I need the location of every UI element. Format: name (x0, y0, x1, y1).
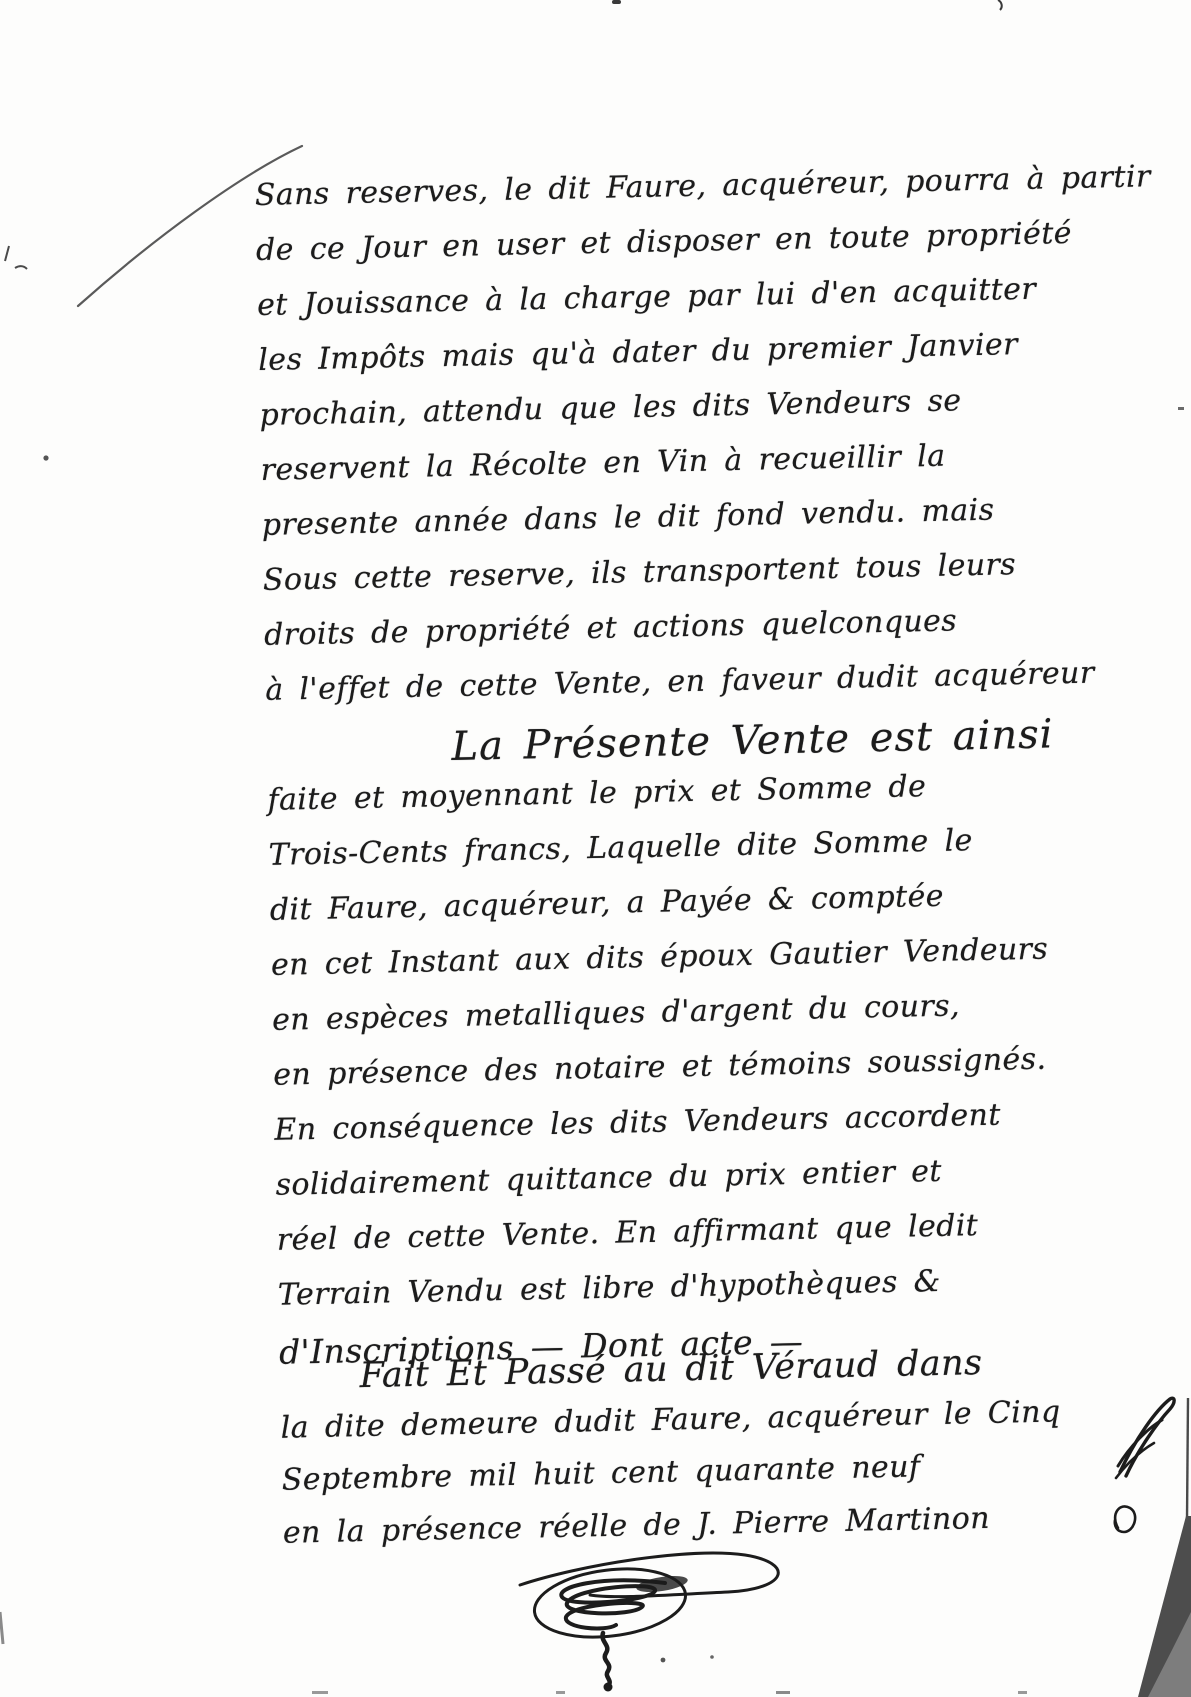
manuscript-line: faite et moyennant le prix et Somme de (267, 769, 926, 818)
manuscript-line: presente année dans le dit fond vendu. m… (261, 493, 994, 543)
manuscript-line: les Impôts mais qu'à dater du premier Ja… (258, 327, 1018, 378)
ink-speck (556, 1691, 565, 1694)
manuscript-text: Sans reserves, le dit Faure, acquéreur, … (251, 0, 1146, 1697)
manuscript-line: prochain, attendu que les dits Vendeurs … (259, 383, 962, 433)
ink-speck (1018, 1691, 1027, 1694)
ink-speck (5, 246, 9, 261)
manuscript-line: dit Faure, acquéreur, a Payée & comptée (270, 879, 945, 928)
ink-speck (15, 266, 27, 269)
manuscript-line: en cet Instant aux dits époux Gautier Ve… (271, 932, 1049, 983)
manuscript-line: en espèces metalliques d'argent du cours… (272, 988, 960, 1037)
ink-speck (776, 1691, 790, 1694)
document-page: Sans reserves, le dit Faure, acquéreur, … (0, 0, 1191, 1697)
manuscript-line: reservent la Récolte en Vin à recueillir… (260, 439, 945, 488)
manuscript-line: en la présence réelle de J. Pierre Marti… (283, 1500, 991, 1550)
manuscript-line: En conséquence les dits Vendeurs accorde… (274, 1098, 1001, 1148)
ink-speck (0, 1612, 3, 1644)
manuscript-line: Trois-Cents francs, Laquelle dite Somme … (268, 823, 973, 873)
manuscript-line: Terrain Vendu est libre d'hypothèques & (278, 1264, 941, 1313)
manuscript-line: la dite demeure dudit Faure, acquéreur l… (280, 1394, 1061, 1445)
page-edge-line (1187, 1398, 1188, 1520)
ink-speck (1178, 407, 1184, 410)
manuscript-line: réel de cette Vente. En affirmant que le… (276, 1208, 978, 1258)
manuscript-line: de ce Jour en user et disposer en toute … (256, 216, 1073, 268)
manuscript-line: solidairement quittance du prix entier e… (275, 1154, 942, 1203)
manuscript-line: en présence des notaire et témoins souss… (273, 1042, 1047, 1093)
manuscript-line: Septembre mil huit cent quarante neuf (281, 1449, 920, 1497)
manuscript-line: droits de propriété et actions quelconqu… (264, 603, 958, 653)
manuscript-line: Sans reserves, le dit Faure, acquéreur, … (255, 159, 1151, 213)
manuscript-line: et Jouissance à la charge par lui d'en a… (257, 272, 1037, 323)
manuscript-line: La Présente Vente est ainsi (451, 711, 1054, 770)
ink-speck (43, 455, 48, 460)
manuscript-line: à l'effet de cette Vente, en faveur dudi… (265, 656, 1095, 708)
manuscript-line: Sous cette reserve, ils transportent tou… (263, 547, 1017, 598)
